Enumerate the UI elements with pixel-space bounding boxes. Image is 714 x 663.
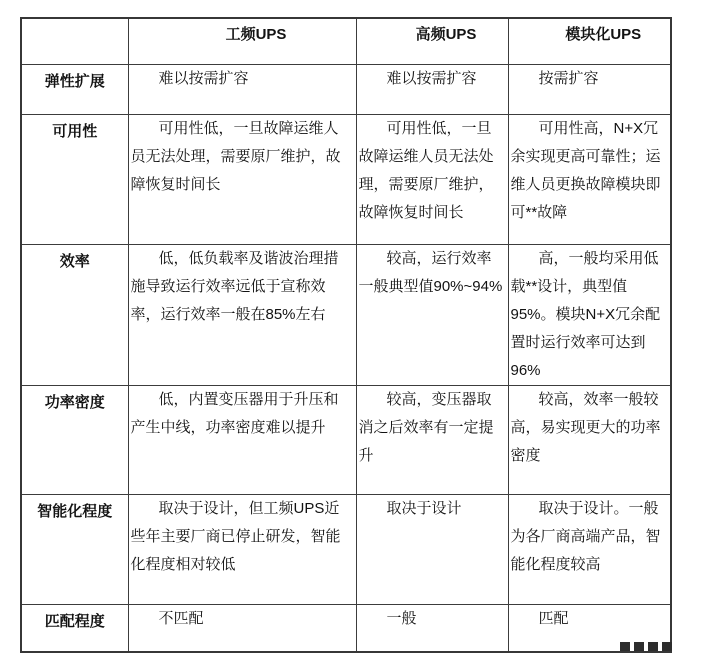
row-label-availability: 可用性	[21, 114, 128, 244]
watermark-dash	[620, 642, 630, 651]
cell-power-density-high-frequency: 较高，变压器取消之后效率有一定提升	[356, 385, 508, 494]
cell-scalability-high-frequency: 难以按需扩容	[356, 64, 508, 114]
cell-intelligence-high-frequency: 取决于设计	[356, 494, 508, 604]
table-row-efficiency: 效率 低，低负载率及谐波治理措施导致运行效率远低于宣称效率，运行效率一般在85%…	[21, 244, 671, 385]
col-header-line-frequency-ups: 工频UPS	[128, 18, 356, 64]
table-row-scalability: 弹性扩展 难以按需扩容 难以按需扩容 按需扩容	[21, 64, 671, 114]
cell-scalability-line-frequency: 难以按需扩容	[128, 64, 356, 114]
table-header-row: 工频UPS 高频UPS 模块化UPS	[21, 18, 671, 64]
table-row-availability: 可用性 可用性低，一旦故障运维人员无法处理，需要原厂维护，故障恢复时间长 可用性…	[21, 114, 671, 244]
cell-intelligence-modular: 取决于设计。一般为各厂商高端产品，智能化程度较高	[508, 494, 671, 604]
table-row-intelligence: 智能化程度 取决于设计，但工频UPS近些年主要厂商已停止研发，智能化程度相对较低…	[21, 494, 671, 604]
row-label-scalability: 弹性扩展	[21, 64, 128, 114]
table-row-power-density: 功率密度 低，内置变压器用于升压和产生中线，功率密度难以提升 较高，变压器取消之…	[21, 385, 671, 494]
watermark-dash	[662, 642, 672, 651]
col-header-high-frequency-ups: 高频UPS	[356, 18, 508, 64]
cell-power-density-line-frequency: 低，内置变压器用于升压和产生中线，功率密度难以提升	[128, 385, 356, 494]
table-row-match-degree: 匹配程度 不匹配 一般 匹配	[21, 604, 671, 652]
watermark-marks	[620, 642, 672, 651]
watermark-dash	[648, 642, 658, 651]
row-label-efficiency: 效率	[21, 244, 128, 385]
cell-efficiency-modular: 高，一般均采用低载**设计，典型值95%。模块N+X冗余配置时运行效率可达到96…	[508, 244, 671, 385]
cell-efficiency-line-frequency: 低，低负载率及谐波治理措施导致运行效率远低于宣称效率，运行效率一般在85%左右	[128, 244, 356, 385]
cell-match-line-frequency: 不匹配	[128, 604, 356, 652]
cell-availability-modular: 可用性高，N+X冗余实现更高可靠性；运维人员更换故障模块即可**故障	[508, 114, 671, 244]
row-label-match-degree: 匹配程度	[21, 604, 128, 652]
col-header-modular-ups: 模块化UPS	[508, 18, 671, 64]
cell-availability-high-frequency: 可用性低，一旦故障运维人员无法处理，需要原厂维护，故障恢复时间长	[356, 114, 508, 244]
cell-power-density-modular: 较高，效率一般较高，易实现更大的功率密度	[508, 385, 671, 494]
row-label-power-density: 功率密度	[21, 385, 128, 494]
row-label-intelligence: 智能化程度	[21, 494, 128, 604]
corner-cell	[21, 18, 128, 64]
cell-scalability-modular: 按需扩容	[508, 64, 671, 114]
cell-intelligence-line-frequency: 取决于设计，但工频UPS近些年主要厂商已停止研发，智能化程度相对较低	[128, 494, 356, 604]
ups-comparison-table: 工频UPS 高频UPS 模块化UPS 弹性扩展 难以按需扩容 难以按需扩容 按需…	[20, 17, 672, 653]
cell-match-high-frequency: 一般	[356, 604, 508, 652]
document-page: 工频UPS 高频UPS 模块化UPS 弹性扩展 难以按需扩容 难以按需扩容 按需…	[0, 0, 714, 663]
watermark-dash	[634, 642, 644, 651]
cell-efficiency-high-frequency: 较高，运行效率一般典型值90%~94%	[356, 244, 508, 385]
cell-availability-line-frequency: 可用性低，一旦故障运维人员无法处理，需要原厂维护，故障恢复时间长	[128, 114, 356, 244]
